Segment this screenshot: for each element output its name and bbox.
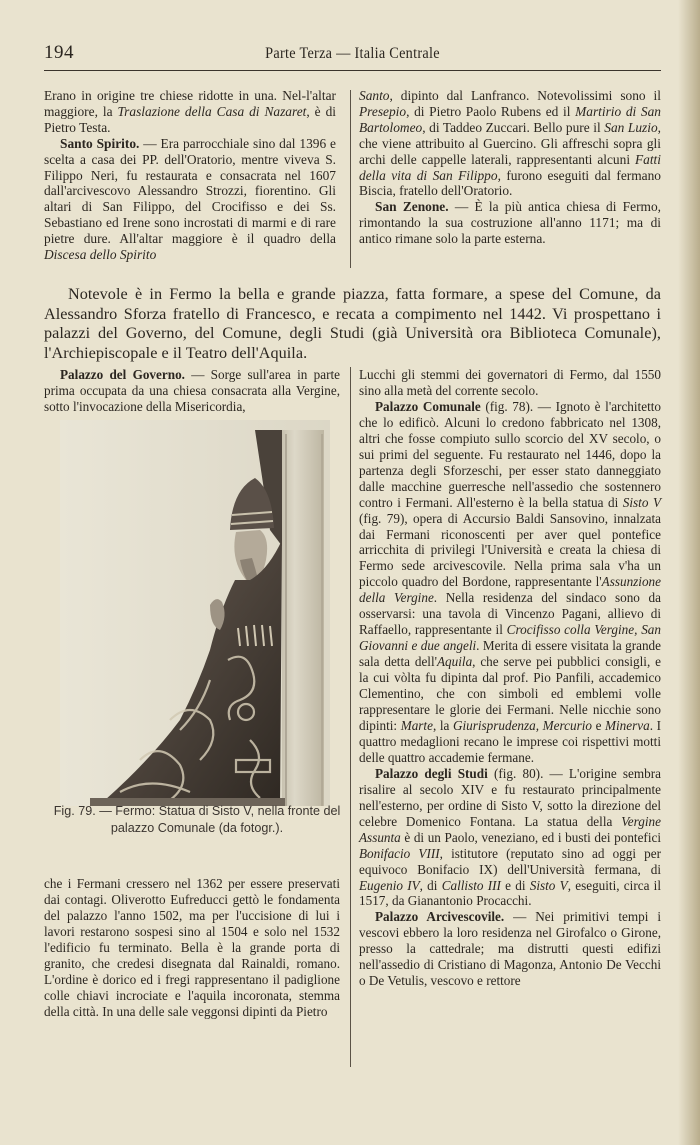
artwork-title: Santo [359,88,390,103]
text-run: che i Fermani cressero nel 1362 per esse… [44,876,340,1019]
artwork-title: Callisto III [442,878,501,893]
paragraph: Palazzo Comunale (fig. 78). — Ignoto è l… [359,399,661,766]
wide-paragraph: Notevole è in Fermo la bella e grande pi… [44,285,661,363]
text-run: , dipinto dal Lanfranco. Notevolissimi s… [390,88,661,103]
figure-caption: Fig. 79. — Fermo: Statua di Sisto V, nel… [44,803,350,837]
artwork-title: Discesa dello Spirito [44,247,156,262]
artwork-title: Presepio [359,104,406,119]
page-header: 194 Parte Terza — Italia Centrale [44,42,661,70]
column-divider-bottom [350,367,351,1067]
artwork-title: Traslazione della Casa di Nazaret [117,104,306,119]
artwork-title: Marte [401,718,433,733]
artwork-title: Eugenio IV [359,878,420,893]
text-run: , di Taddeo Zuccari. Bello pure il [422,120,604,135]
header-rule [44,70,661,71]
paragraph: Palazzo degli Studi (fig. 80). — L'origi… [359,766,661,910]
paragraph: Lucchi gli stemmi dei governatori di Fer… [359,367,661,399]
artwork-title: Giurisprudenza, Mercurio [453,718,592,733]
section-heading: Palazzo del Governo. [60,367,185,382]
figure-statue-sisto-v [60,420,330,806]
text-run: — Era parrocchiale sino dal 1396 e scelt… [44,136,336,246]
top-right-column: Santo, dipinto dal Lanfranco. Notevoliss… [359,88,661,247]
artwork-title: San Luzio [604,120,657,135]
artwork-title: Sisto V [623,495,661,510]
artwork-title: Minerva [605,718,650,733]
text-run: è di un Paolo, veneziano, ed i busti dei… [401,830,661,845]
statue-photo-image [60,420,330,806]
text-run: e [592,718,605,733]
section-heading: San Zenone. [375,199,449,214]
section-heading: Palazzo Arcivescovile. [375,909,504,924]
artwork-title: Bonifacio VIII [359,846,440,861]
section-heading: Santo Spirito. [60,136,139,151]
artwork-title: Aquila [437,654,472,669]
paragraph: Santo, dipinto dal Lanfranco. Notevoliss… [359,88,661,199]
text-run: , di [420,878,442,893]
paragraph: Palazzo Arcivescovile. — Nei primitivi t… [359,909,661,989]
bottom-left-continuation: che i Fermani cressero nel 1362 per esse… [44,876,340,1020]
paragraph: Palazzo del Governo. — Sorge sull'area i… [44,367,340,415]
text-run: , di Pietro Paolo Rubens ed il [406,104,575,119]
page-edge-shadow [678,0,700,1145]
section-heading: Palazzo degli Studi [375,766,488,781]
text-run: e di [501,878,530,893]
column-divider-top [350,90,351,268]
artwork-title: Sisto V [530,878,568,893]
paragraph: San Zenone. — È la più antica chiesa di … [359,199,661,247]
bottom-right-column: Lucchi gli stemmi dei governatori di Fer… [359,367,661,989]
running-title: Parte Terza — Italia Centrale [69,45,637,63]
top-left-column: Erano in origine tre chiese ridotte in u… [44,88,336,263]
paragraph: che i Fermani cressero nel 1362 per esse… [44,876,340,1020]
section-heading: Palazzo Comunale [375,399,481,414]
text-run: , la [433,718,453,733]
bottom-left-intro: Palazzo del Governo. — Sorge sull'area i… [44,367,340,415]
text-run: Lucchi gli stemmi dei governatori di Fer… [359,367,661,398]
paragraph: Santo Spirito. — Era parrocchiale sino d… [44,136,336,263]
paragraph: Erano in origine tre chiese ridotte in u… [44,88,336,136]
text-run: (fig. 78). — Ignoto è l'architetto che l… [359,399,661,510]
